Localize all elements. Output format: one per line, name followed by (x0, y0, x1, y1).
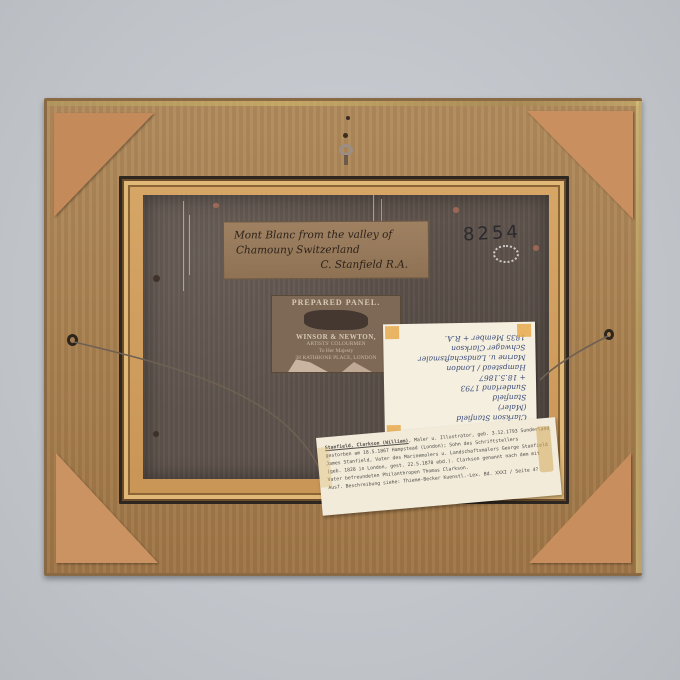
tape-piece (517, 324, 531, 337)
frame-gilt-edge (47, 101, 639, 106)
torn-area (342, 362, 372, 372)
hanging-eye-stem (344, 155, 348, 165)
screw-hole (343, 133, 348, 138)
wn-label-title: PREPARED PANEL. (272, 298, 400, 307)
stain-spot (213, 203, 219, 208)
royal-arms-emblem (304, 310, 368, 330)
stain-spot (453, 207, 459, 213)
title-line-2: Chamouny Switzerland (234, 243, 418, 259)
title-line-1: Mont Blanc from the valley of (234, 228, 418, 244)
tape-stain (536, 426, 554, 473)
stain-spot (153, 431, 159, 437)
scratch-mark (183, 201, 184, 291)
wn-label-name: WINSOR & NEWTON, (272, 333, 400, 341)
chalk-mark (493, 245, 519, 263)
artist-signature: C. Stanfield R.A. (234, 258, 418, 274)
title-label-handwritten: Mont Blanc from the valley of Chamouny S… (223, 220, 429, 279)
stain-spot (153, 275, 160, 282)
winsor-newton-label: PREPARED PANEL. WINSOR & NEWTON, ARTISTS… (271, 295, 401, 373)
frame-gilt-right-edge (636, 101, 642, 573)
tape-piece (385, 326, 399, 339)
scratch-mark (189, 215, 190, 275)
inventory-number: 8254 (462, 222, 521, 246)
stain-spot (533, 245, 539, 251)
note-card-text: Clarkson Stanfield (Maler) Stanfield Sun… (393, 332, 527, 424)
wn-label-sub2: To Her Majesty (272, 348, 400, 355)
screw-eye-left (67, 334, 78, 346)
wn-label-sub3: 38 RATHBONE PLACE, LONDON (272, 355, 400, 362)
screw-hole (346, 116, 350, 120)
photo-scene: Mont Blanc from the valley of Chamouny S… (0, 0, 680, 680)
screw-eye-right (604, 329, 614, 340)
wn-label-sub1: ARTISTS' COLOURMEN (272, 341, 400, 348)
